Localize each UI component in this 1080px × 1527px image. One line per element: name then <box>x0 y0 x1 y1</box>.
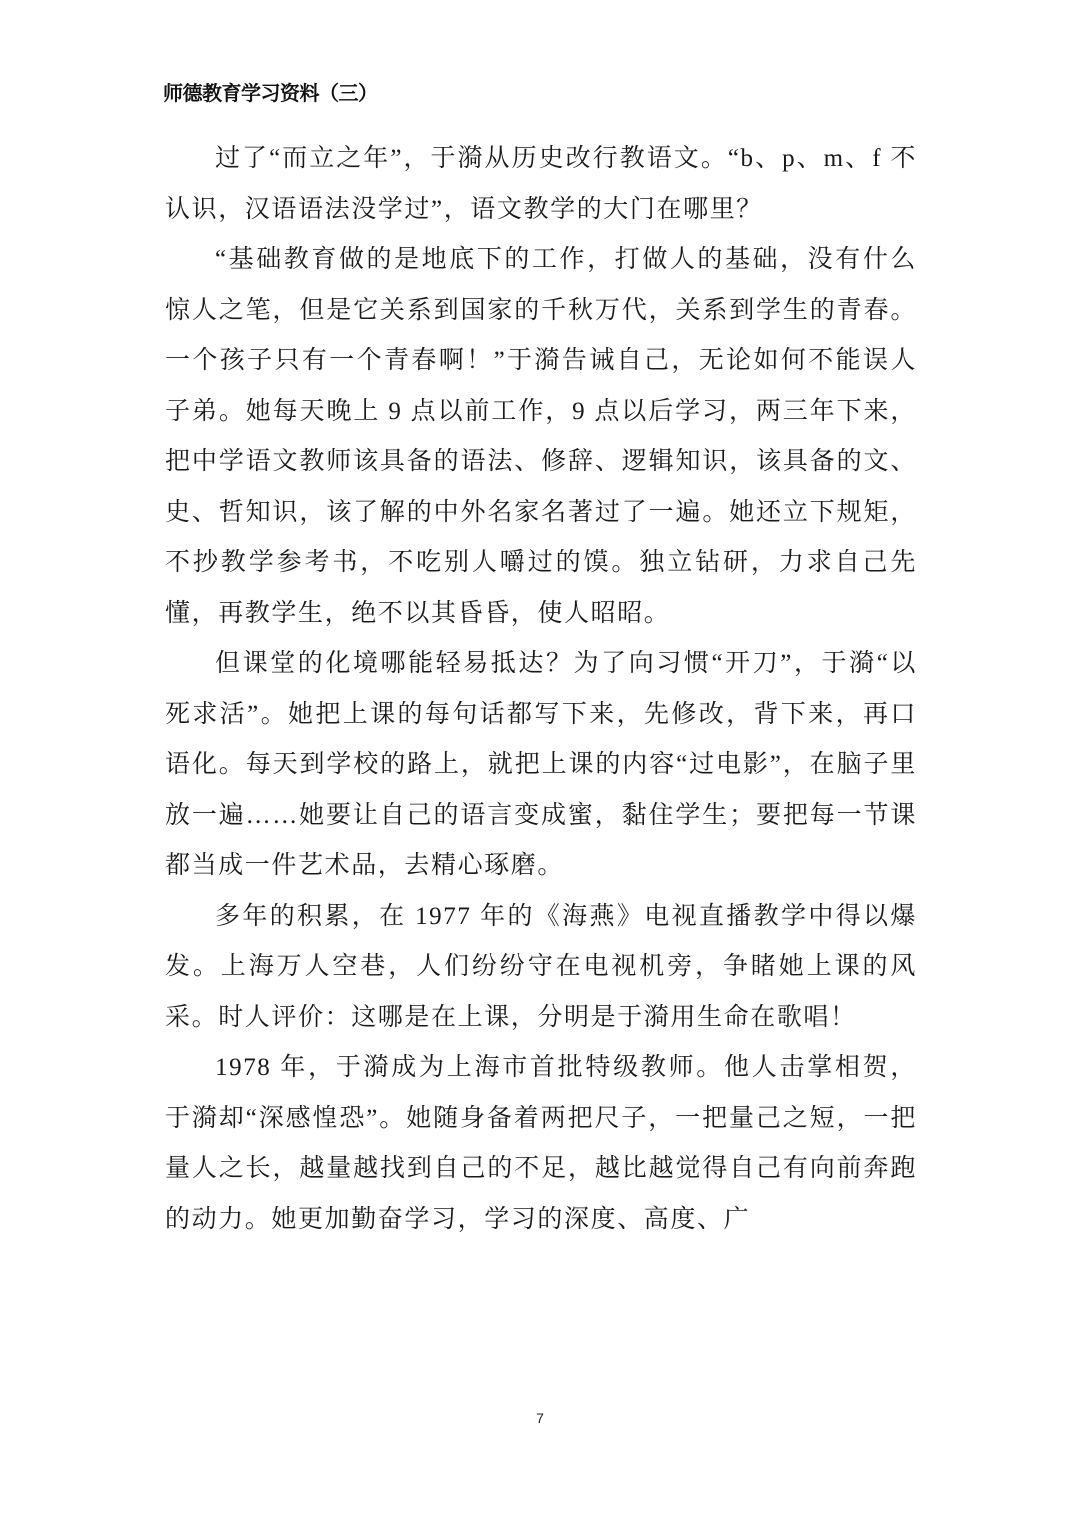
document-page: 师德教育学习资料（三） 过了“而立之年”，于漪从历史改行教语文。“b、p、m、f… <box>0 0 1080 1527</box>
document-header-title: 师德教育学习资料（三） <box>163 80 378 106</box>
document-body: 过了“而立之年”，于漪从历史改行教语文。“b、p、m、f 不认识，汉语语法没学过… <box>165 134 917 1245</box>
paragraph-classroom-craft: 但课堂的化境哪能轻易抵达？为了向习惯“开刀”，于漪“以死求活”。她把上课的每句话… <box>165 639 917 892</box>
paragraph-career-change: 过了“而立之年”，于漪从历史改行教语文。“b、p、m、f 不认识，汉语语法没学过… <box>165 134 917 235</box>
paragraph-haiyan-broadcast: 多年的积累，在 1977 年的《海燕》电视直播教学中得以爆发。上海万人空巷，人们… <box>165 892 917 1044</box>
paragraph-self-study: “基础教育做的是地底下的工作，打做人的基础，没有什么惊人之笔，但是它关系到国家的… <box>165 235 917 639</box>
paragraph-special-teacher: 1978 年，于漪成为上海市首批特级教师。他人击掌相贺，于漪却“深感惶恐”。她随… <box>165 1043 917 1245</box>
page-number: 7 <box>0 1408 1080 1428</box>
